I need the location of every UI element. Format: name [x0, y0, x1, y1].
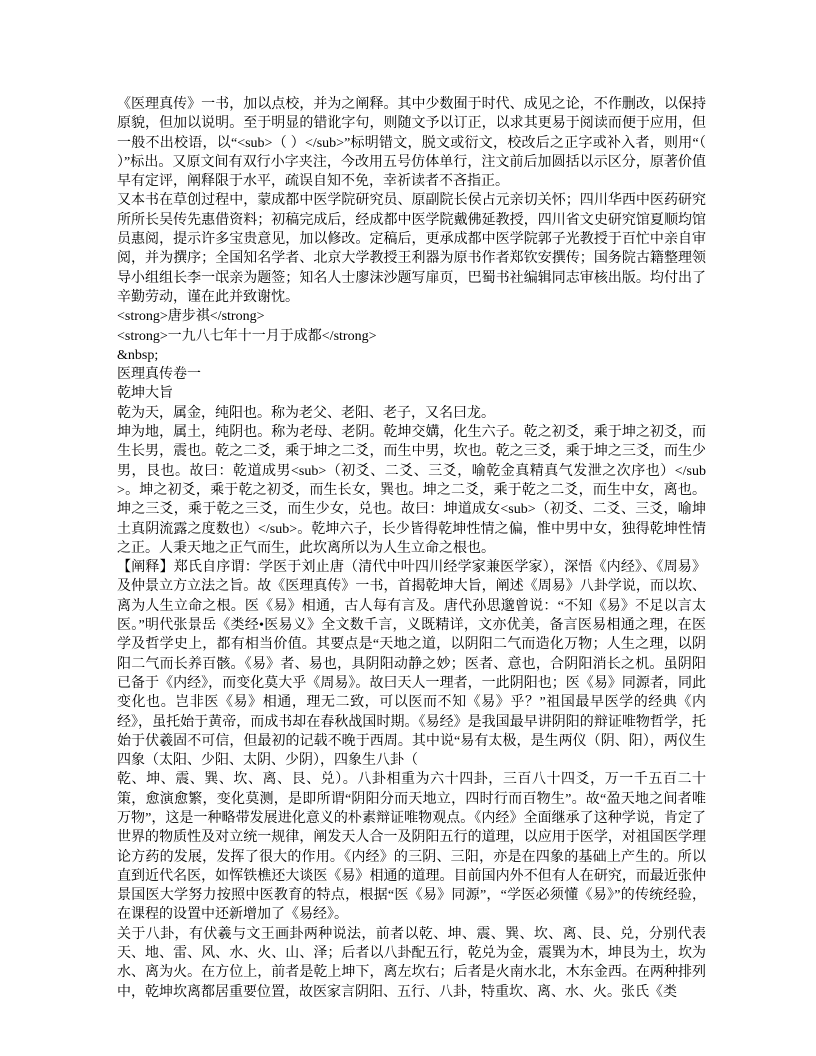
paragraph-bagua-theories: 关于八卦，有伏羲与文王画卦两种说法，前者以乾、坤、震、巽、坎、离、艮、兑，分别代… [117, 925, 706, 1002]
line-author-signature: <strong>唐步祺</strong> [117, 307, 706, 326]
heading-volume-one: 医理真传卷一 [117, 365, 706, 384]
paragraph-preface-collation: 《医理真传》一书，加以点校，并为之阐释。其中少数囿于时代、成见之论，不作删改，以… [117, 95, 706, 191]
line-nbsp-literal: &nbsp; [117, 346, 706, 365]
paragraph-annotation-part1: 【阐释】郑氏自序谓：学医于刘止唐（清代中叶四川经学家兼医学家），深悟《内经》、《… [117, 558, 706, 770]
heading-qiankun-dazhi: 乾坤大旨 [117, 384, 706, 403]
paragraph-qian-heaven: 乾为天，属金，纯阳也。称为老父、老阳、老子，又名曰龙。 [117, 404, 706, 423]
paragraph-acknowledgements: 又本书在草创过程中，蒙成都中医学院研究员、原副院长侯占元亲切关怀；四川华西中医药… [117, 191, 706, 307]
paragraph-kun-earth: 坤为地，属土，纯阴也。称为老母、老阴。乾坤交媾，化生六子。乾之初爻，乘于坤之初爻… [117, 423, 706, 558]
paragraph-annotation-part2: 乾、坤、震、巽、坎、离、艮、兑）。八卦相重为六十四卦，三百八十四爻，万一千五百二… [117, 770, 706, 924]
line-date-place: <strong>一九八七年十一月于成都</strong> [117, 327, 706, 346]
document-page: 《医理真传》一书，加以点校，并为之阐释。其中少数囿于时代、成见之论，不作删改，以… [117, 95, 706, 1002]
